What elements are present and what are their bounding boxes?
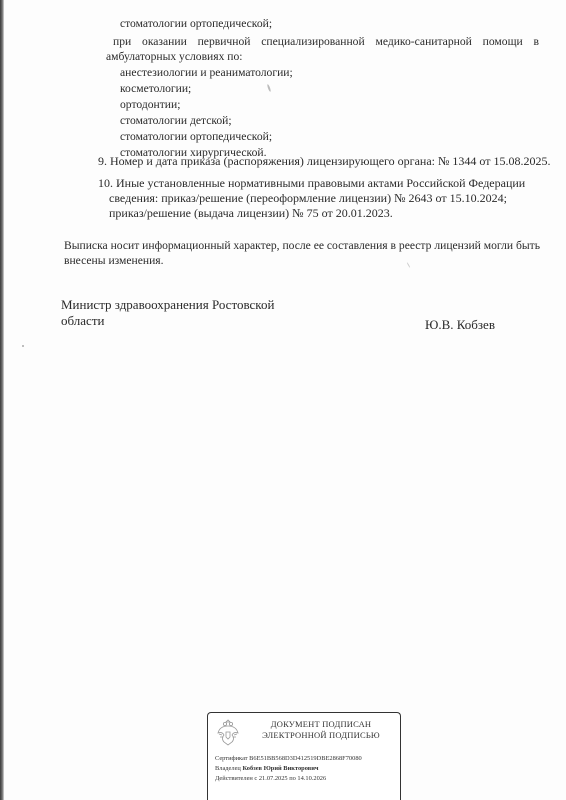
secondary-care-intro-cont: амбулаторных условиях по:: [106, 49, 243, 64]
certificate-label: Сертификат: [215, 755, 248, 762]
item-9-text: 9. Номер и дата приказа (распоряжения) л…: [98, 154, 551, 168]
activity-item: стоматологии ортопедической;: [120, 129, 272, 144]
electronic-signature-stamp: ДОКУМЕНТ ПОДПИСАН ЭЛЕКТРОННОЙ ПОДПИСЬЮ С…: [207, 712, 401, 800]
signatory-position-line2: области: [61, 313, 104, 328]
stamp-certificate: Сертификат B6E51BB568D3D412519DBE2868F70…: [215, 755, 362, 763]
scan-edge: [0, 0, 4, 800]
activity-item: стоматологии ортопедической;: [120, 16, 272, 31]
stamp-title-line1: ДОКУМЕНТ ПОДПИСАН: [248, 719, 394, 730]
activity-item: косметологии;: [120, 81, 191, 96]
item-10-line1: 10. Иные установленные нормативными прав…: [98, 176, 525, 191]
disclaimer-line2: внесены изменения.: [64, 253, 164, 268]
russian-coat-of-arms-icon: [216, 717, 240, 747]
certificate-value: B6E51BB568D3D412519DBE2868F70080: [249, 755, 362, 762]
disclaimer-line1: Выписка носит информационный характер, п…: [64, 238, 540, 253]
activity-item: анестезиологии и реаниматологии;: [120, 65, 293, 80]
activity-item: стоматологии детской;: [120, 113, 232, 128]
owner-value: Кобзев Юрий Викторович: [242, 765, 318, 772]
scan-artifact: [22, 345, 24, 347]
stamp-validity: Действителен с 21.07.2025 по 14.10.2026: [215, 775, 326, 783]
item-10-line2: сведения: приказ/решение (переоформление…: [109, 191, 507, 206]
item-9-order: 9. Номер и дата приказа (распоряжения) л…: [98, 154, 551, 169]
secondary-care-intro: при оказании первичной специализированно…: [113, 34, 539, 49]
owner-label: Владелец: [215, 765, 241, 772]
stamp-title-line2: ЭЛЕКТРОННОЙ ПОДПИСЬЮ: [248, 730, 394, 741]
item-10-line3: приказ/решение (выдача лицензии) № 75 от…: [109, 206, 393, 221]
scan-artifact: [267, 84, 272, 92]
activity-item: ортодонтии;: [120, 97, 180, 112]
signatory-name: Ю.В. Кобзев: [425, 317, 495, 332]
signatory-position-line1: Министр здравоохранения Ростовской: [61, 297, 274, 312]
stamp-title: ДОКУМЕНТ ПОДПИСАН ЭЛЕКТРОННОЙ ПОДПИСЬЮ: [248, 719, 394, 741]
scan-artifact: [407, 262, 411, 268]
stamp-owner: Владелец Кобзев Юрий Викторович: [215, 765, 319, 773]
